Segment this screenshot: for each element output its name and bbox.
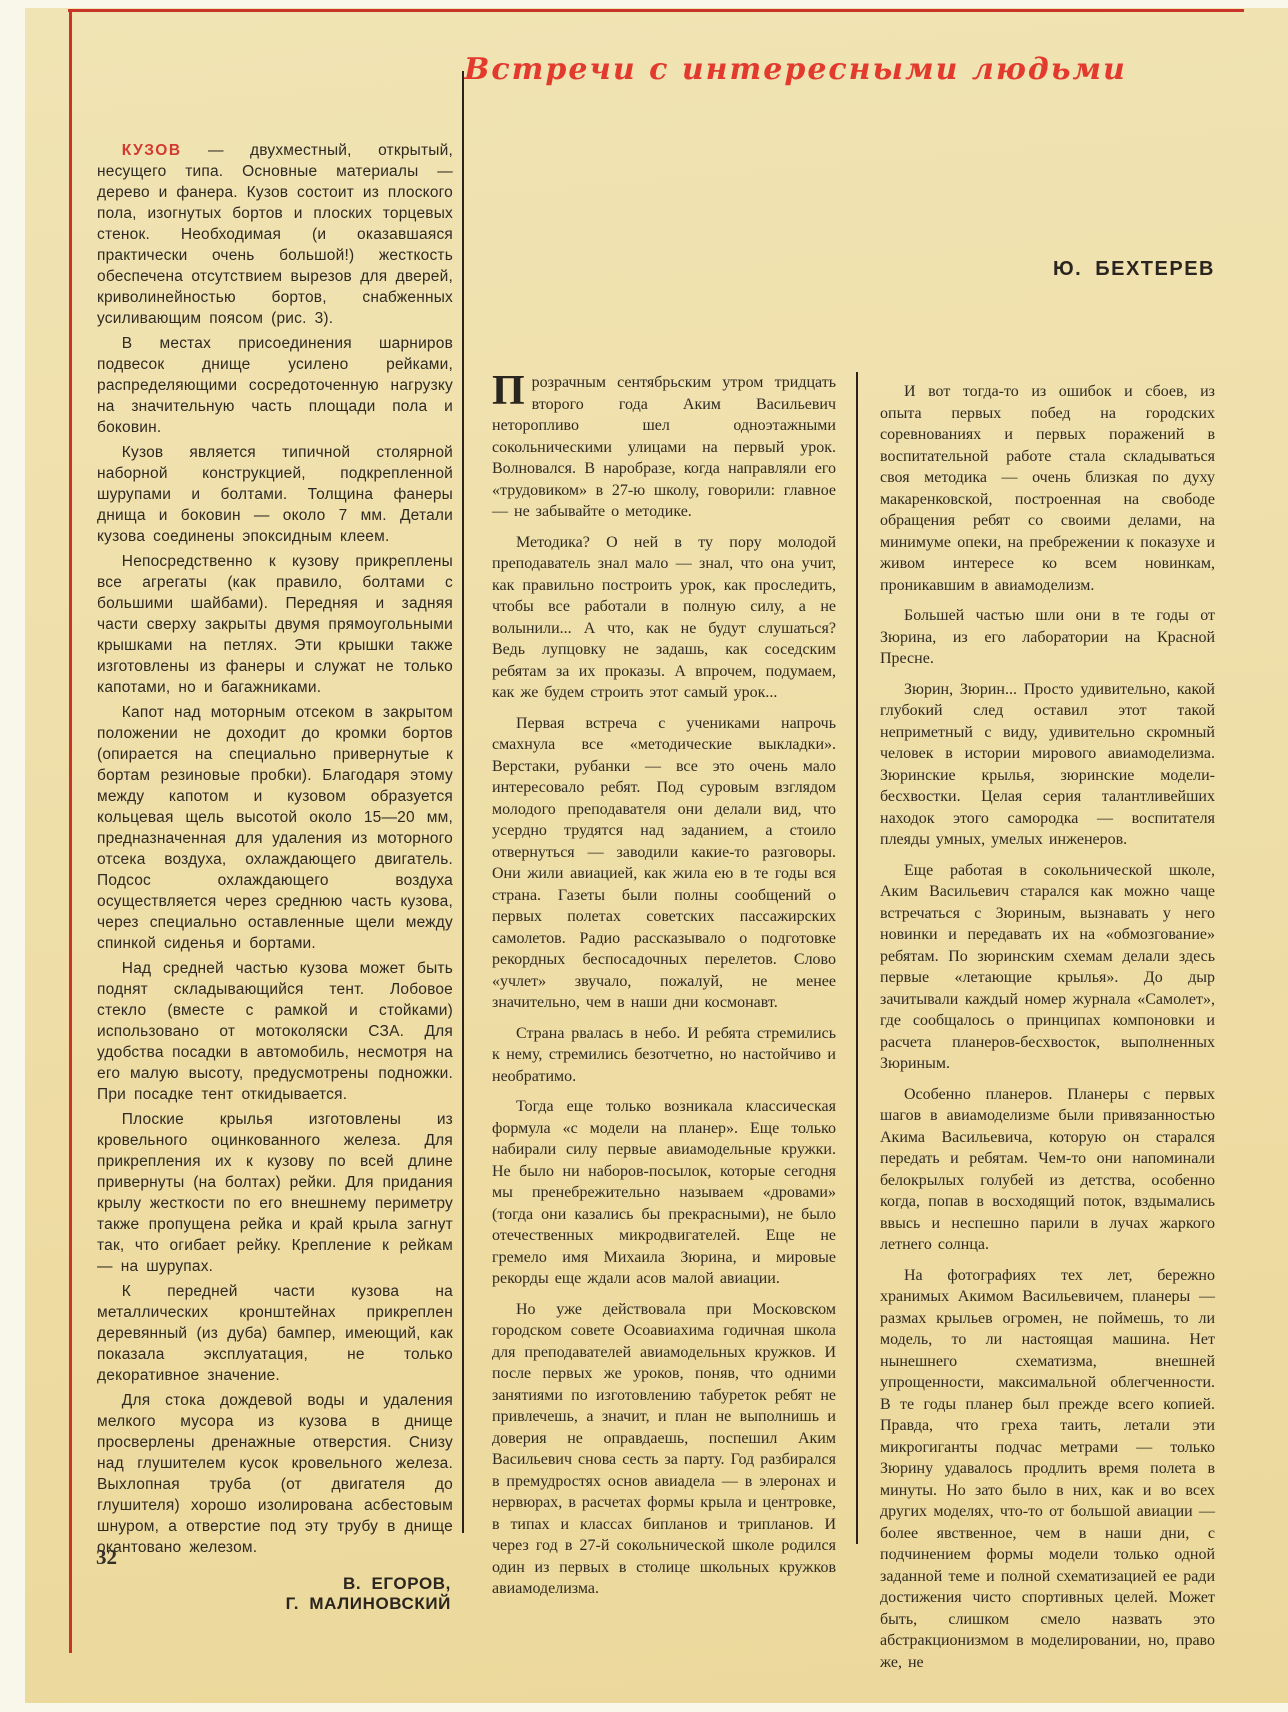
paragraph-text: розрачным сентябрьским утром тридцать вт… [492, 374, 836, 520]
right-column: И вот тогда-то из ошибок и сбоев, из опы… [880, 372, 1215, 1673]
middle-column: Прозрачным сентябрьским утром тридцать в… [492, 372, 836, 1600]
magazine-page: Встречи с интересными людьми Ю. БЕХТЕРЕВ… [0, 0, 1288, 1712]
paragraph: Над средней частью кузова может быть под… [97, 958, 453, 1105]
column-divider-right [856, 372, 858, 1544]
right-column-paragraphs: И вот тогда-то из ошибок и сбоев, из опы… [880, 381, 1215, 1673]
paragraph: В местах присоединения шарниров подвесок… [97, 333, 453, 438]
paragraph: Но уже действовала при Московском городс… [492, 1299, 836, 1600]
scan-edge-top [0, 0, 1288, 8]
paragraph: Еще работая в сокольнической школе, Аким… [880, 860, 1215, 1075]
paragraph: И вот тогда-то из ошибок и сбоев, из опы… [880, 381, 1215, 596]
paragraph: Для стока дождевой воды и удаления мелко… [97, 1390, 453, 1558]
paragraph: Непосредственно к кузову прикреплены все… [97, 551, 453, 698]
lead-paragraph: КУЗОВ — двухместный, открытый, несущего … [97, 140, 453, 329]
red-border-left [69, 9, 72, 1653]
column-divider-left [462, 71, 464, 1533]
opening-paragraph: Прозрачным сентябрьским утром тридцать в… [492, 372, 836, 523]
scan-edge-left [0, 0, 25, 1712]
paragraph: К передней части кузова на металлических… [97, 1281, 453, 1386]
left-column: КУЗОВ — двухместный, открытый, несущего … [97, 140, 453, 1614]
scan-edge-bottom [0, 1703, 1288, 1712]
middle-column-paragraphs: Методика? О ней в ту пору молодой препод… [492, 532, 836, 1600]
paragraph: Первая встреча с учениками напрочь смахн… [492, 713, 836, 1014]
paragraph: На фотографиях тех лет, бережно хранимых… [880, 1265, 1215, 1674]
signatures: В. ЕГОРОВ,Г. МАЛИНОВСКИЙ [97, 1574, 453, 1614]
paragraph: Г. МАЛИНОВСКИЙ [97, 1594, 451, 1614]
paragraph: Страна рвалась в небо. И ребята стремили… [492, 1023, 836, 1088]
paragraph: Методика? О ней в ту пору молодой препод… [492, 532, 836, 704]
paragraph: Плоские крылья изготовлены из кровельног… [97, 1109, 453, 1277]
paragraph: Кузов является типичной столярной наборн… [97, 442, 453, 547]
paragraph: Большей частью шли они в те годы от Зюри… [880, 605, 1215, 670]
left-column-paragraphs: В местах присоединения шарниров подвесок… [97, 333, 453, 1558]
paragraph: Зюрин, Зюрин... Просто удивительно, како… [880, 679, 1215, 851]
drop-cap: П [492, 372, 532, 409]
byline: Ю. БЕХТЕРЕВ [955, 258, 1215, 281]
lead-word: КУЗОВ [122, 142, 182, 159]
paragraph: В. ЕГОРОВ, [97, 1574, 451, 1594]
paragraph: Тогда еще только возникала классическая … [492, 1096, 836, 1290]
paragraph: Особенно планеров. Планеры с первых шаго… [880, 1084, 1215, 1256]
section-title: Встречи с интересными людьми [464, 52, 1024, 87]
paragraph: Капот над моторным отсеком в закрытом по… [97, 702, 453, 954]
paragraph-text: — двухместный, открытый, несущего типа. … [97, 142, 453, 327]
page-number: 32 [96, 1545, 117, 1570]
red-border-top [68, 9, 1244, 12]
